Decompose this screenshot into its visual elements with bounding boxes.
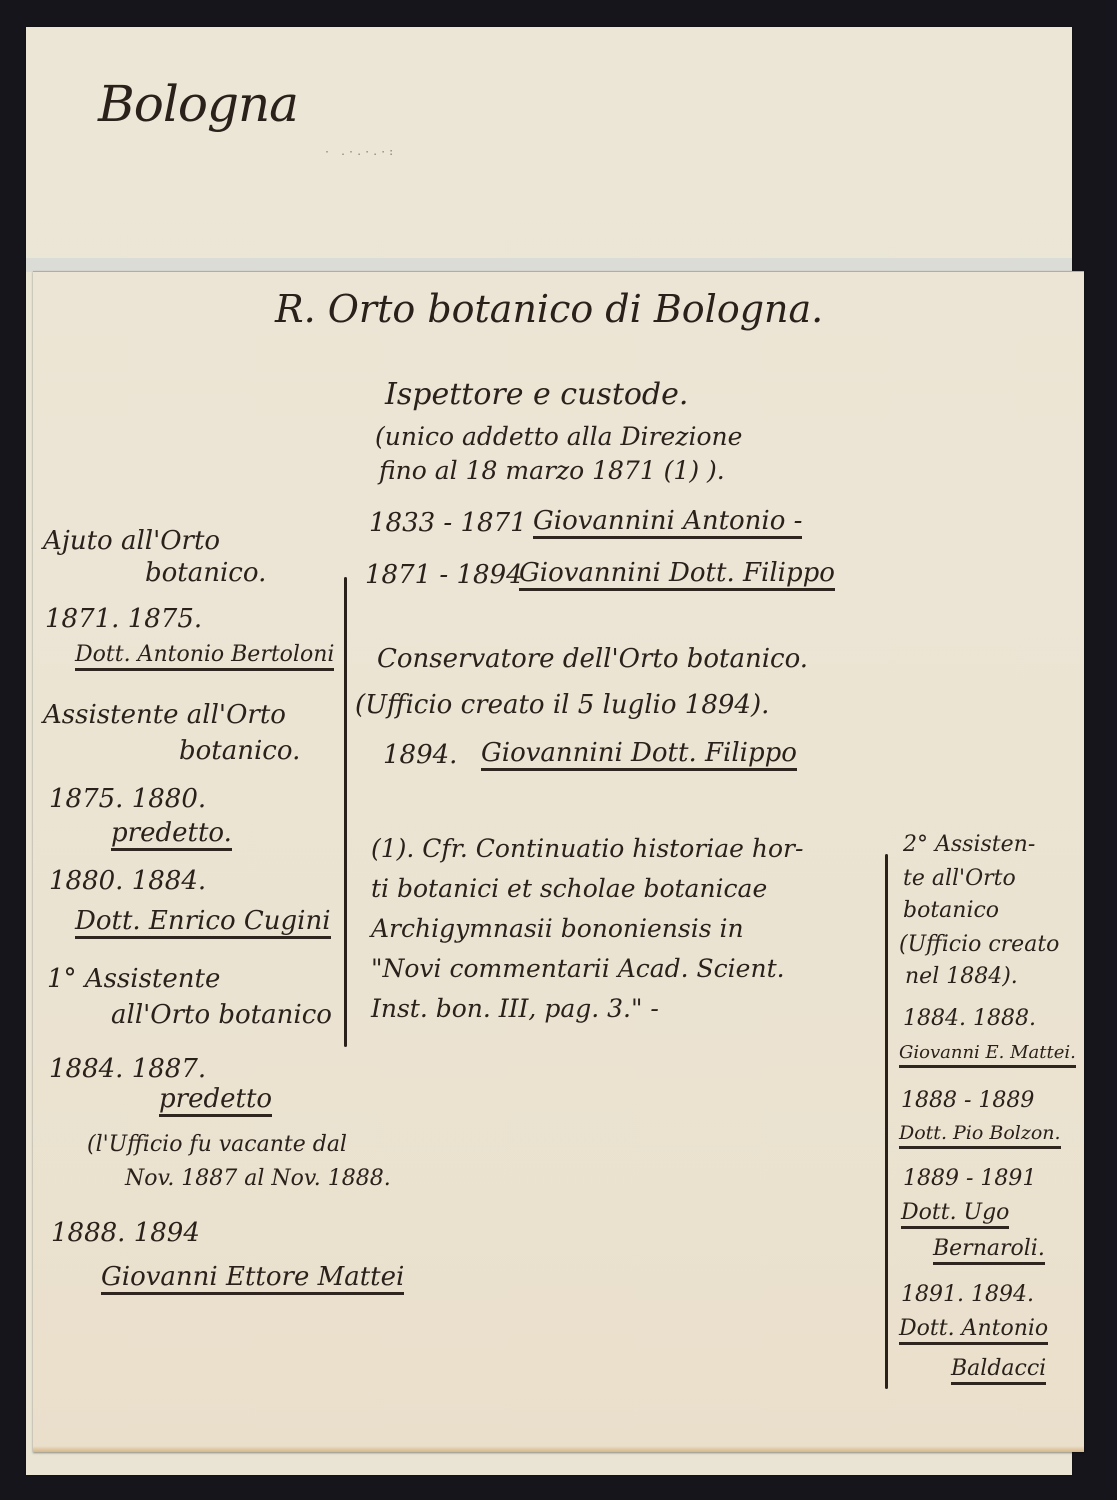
vacancy-note-line: (l'Ufficio fu vacante dal: [87, 1134, 347, 1156]
right-heading-line: (Ufficio creato: [899, 934, 1059, 956]
entry-years: 1891. 1894.: [901, 1284, 1034, 1306]
left-bracket-line: [344, 577, 347, 1047]
right-heading-line: te all'Orto: [903, 868, 1016, 890]
entry-name: Dott. Antonio Bertoloni: [75, 644, 334, 671]
entry-years: 1871. 1875.: [45, 606, 202, 632]
page-title: R. Orto botanico di Bologna.: [275, 290, 823, 328]
stamp-marks: · .·.·.·:: [324, 147, 396, 158]
section-note: (Ufficio creato il 5 luglio 1894).: [355, 692, 769, 718]
entry-years: 1884. 1888.: [903, 1008, 1036, 1030]
section-heading-conservatore: Conservatore dell'Orto botanico.: [377, 646, 808, 672]
entry-name: Giovanni Ettore Mattei: [101, 1264, 404, 1295]
entry-name: Dott. Ugo: [901, 1202, 1009, 1229]
footnote-line: Inst. bon. III, pag. 3." -: [371, 996, 659, 1021]
left-heading: botanico.: [145, 560, 266, 586]
left-heading: 1° Assistente: [47, 966, 220, 992]
entry-years: 1894.: [383, 742, 457, 768]
entry-years: 1880. 1884.: [49, 868, 206, 894]
entry-name: predetto.: [111, 820, 232, 851]
entry-years: 1833 - 1871: [369, 510, 527, 536]
right-bracket-line: [885, 854, 888, 1389]
entry-years: 1871 - 1894: [365, 562, 523, 588]
right-heading-line: 2° Assisten-: [903, 834, 1035, 856]
entry-name: Dott. Antonio: [899, 1318, 1048, 1345]
left-heading: all'Orto botanico: [111, 1002, 332, 1028]
vacancy-note-line: Nov. 1887 al Nov. 1888.: [125, 1168, 391, 1190]
footnote-line: ti botanici et scholae botanicae: [371, 876, 767, 901]
section-heading-ispettore: Ispettore e custode.: [385, 380, 688, 410]
front-sheet: R. Orto botanico di Bologna. Ispettore e…: [33, 271, 1084, 1452]
entry-years: 1888 - 1889: [901, 1090, 1034, 1112]
back-sheet-edge: [26, 258, 1072, 272]
footnote-line: (1). Cfr. Continuatio historiae hor-: [371, 836, 803, 861]
entry-name: Giovannini Dott. Filippo: [481, 740, 797, 771]
entry-name-continued: Baldacci: [951, 1358, 1046, 1385]
entry-years: 1884. 1887.: [49, 1056, 206, 1082]
entry-name: predetto: [159, 1086, 272, 1117]
entry-years: 1889 - 1891: [903, 1168, 1036, 1190]
entry-years: 1888. 1894: [51, 1220, 200, 1246]
entry-name: Dott. Enrico Cugini: [75, 908, 331, 939]
left-heading: Assistente all'Orto: [43, 702, 286, 728]
right-heading-line: nel 1884).: [905, 966, 1018, 988]
entry-name-continued: Bernaroli.: [933, 1238, 1045, 1265]
entry-name: Giovannini Antonio -: [533, 508, 802, 539]
left-heading: Ajuto all'Orto: [43, 528, 220, 554]
section-note-line: (unico addetto alla Direzione: [375, 424, 742, 449]
section-note-line: fino al 18 marzo 1871 (1) ).: [379, 458, 725, 483]
left-heading: botanico.: [179, 738, 300, 764]
right-heading-line: botanico: [903, 900, 999, 922]
entry-name: Giovannini Dott. Filippo: [519, 560, 835, 591]
footnote-line: "Novi commentarii Acad. Scient.: [371, 956, 785, 981]
back-sheet-label: Bologna: [98, 79, 298, 129]
footnote-line: Archigymnasii bononiensis in: [371, 916, 744, 941]
entry-name: Dott. Pio Bolzon.: [899, 1124, 1061, 1149]
entry-name: Giovanni E. Mattei.: [899, 1044, 1076, 1068]
entry-years: 1875. 1880.: [49, 786, 206, 812]
water-stain: [33, 1446, 1084, 1452]
